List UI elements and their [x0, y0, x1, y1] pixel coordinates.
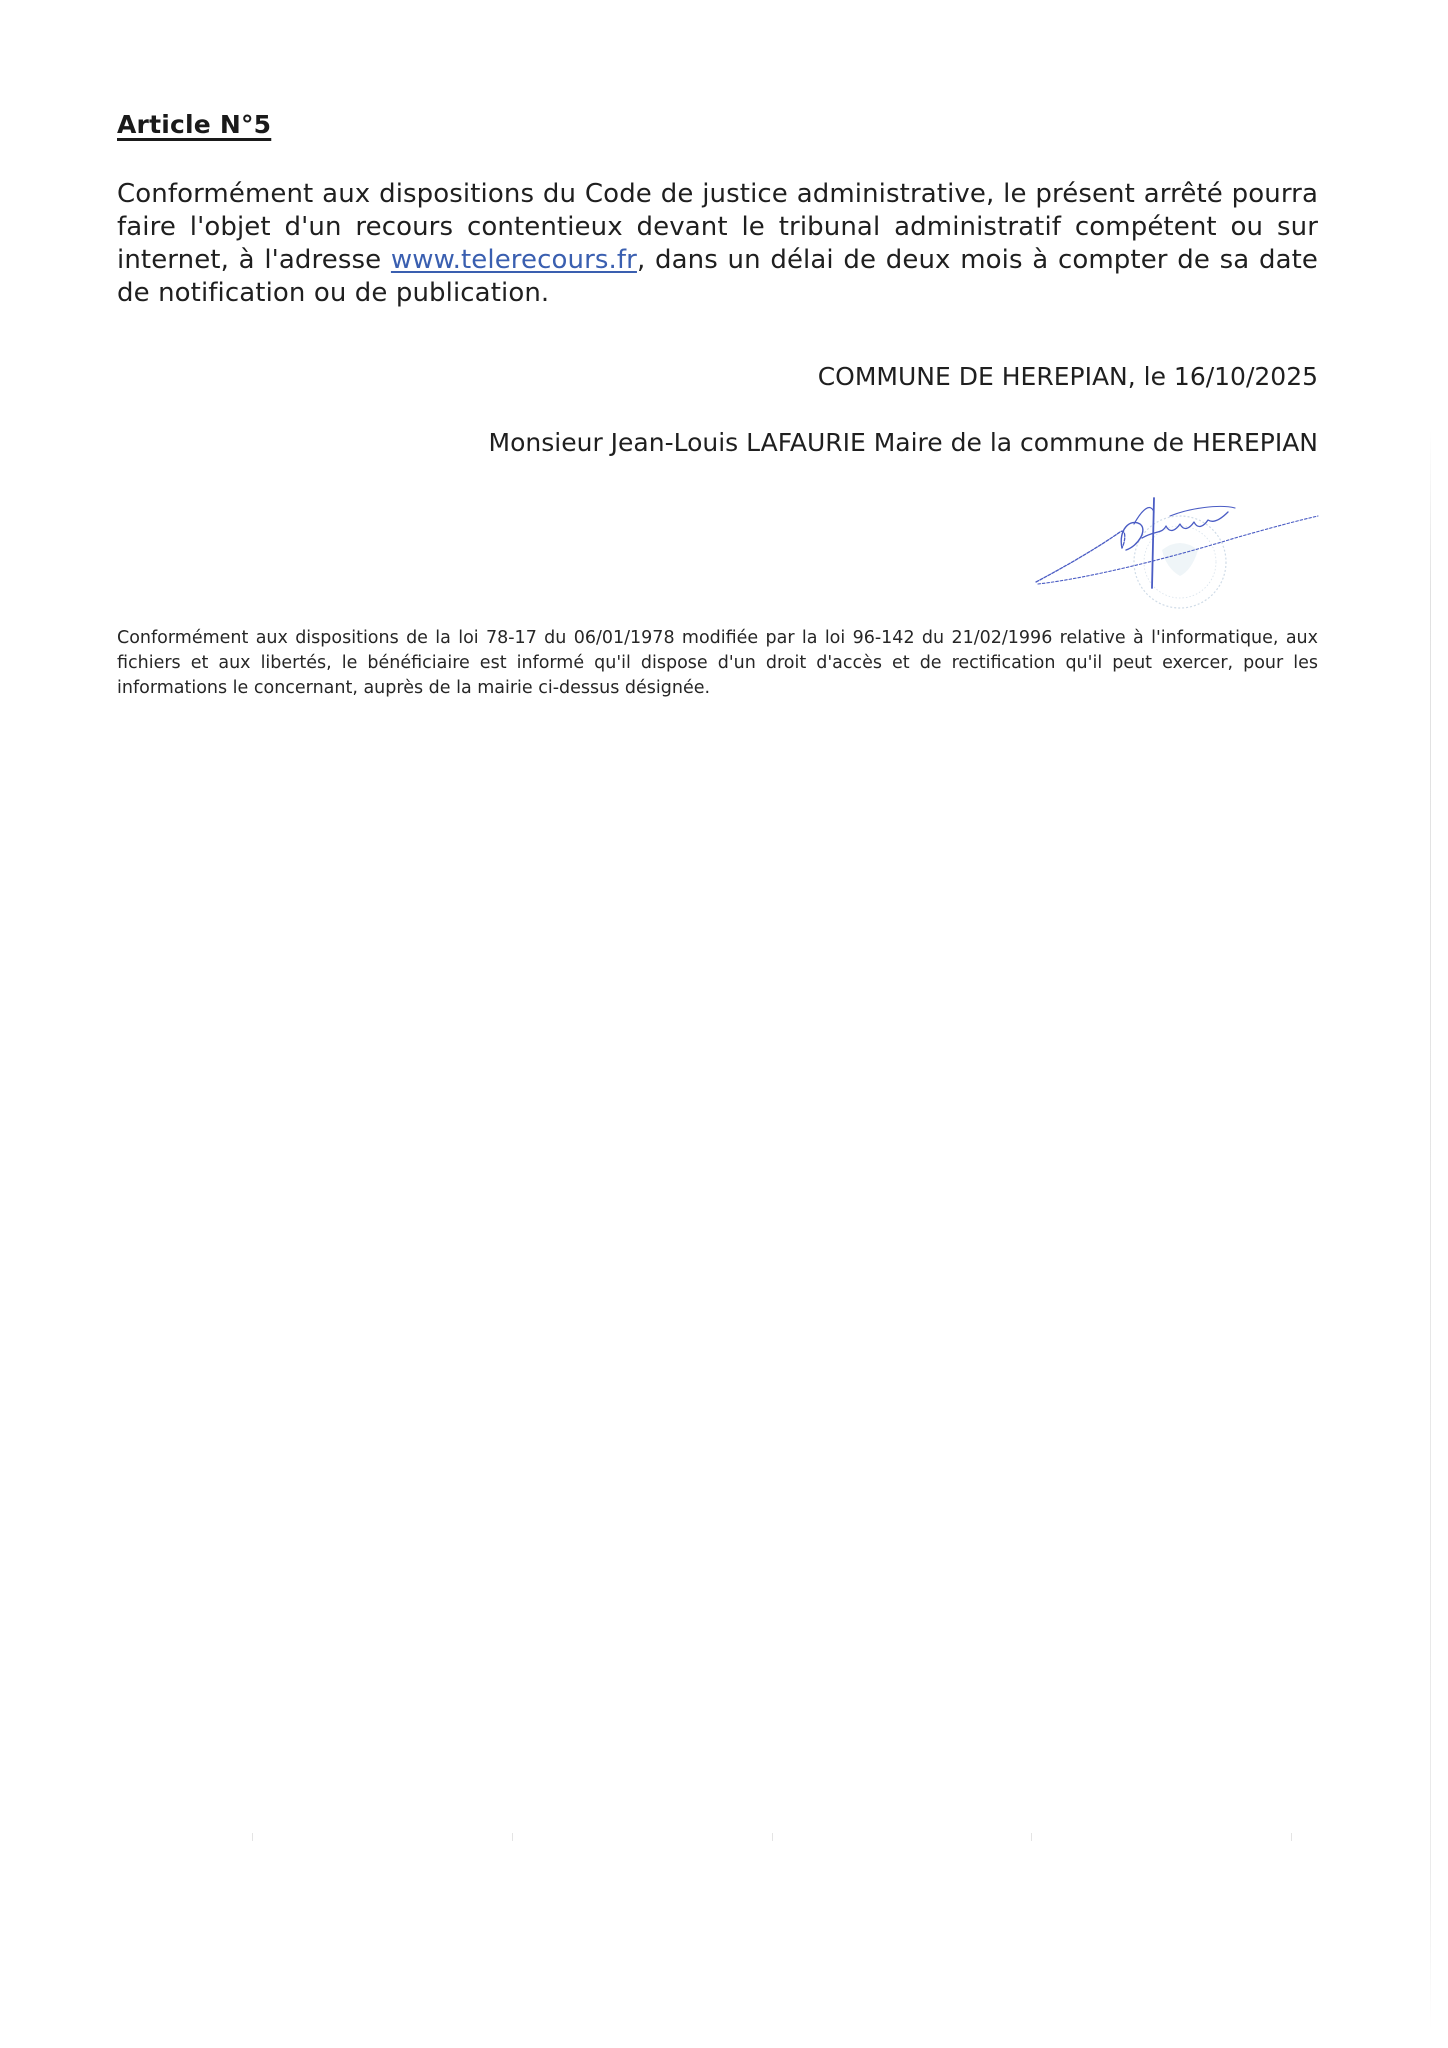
scan-mark [252, 1833, 253, 1841]
data-protection-notice: Conformément aux dispositions de la loi … [117, 626, 1318, 701]
article-body: Conformément aux dispositions du Code de… [117, 178, 1318, 310]
scan-mark [772, 1833, 773, 1841]
signature-icon [1030, 490, 1320, 615]
scan-edge-line [1430, 430, 1431, 2030]
telerecours-link[interactable]: www.telerecours.fr [391, 245, 637, 275]
scan-mark [512, 1833, 513, 1841]
signatory-name: Monsieur Jean-Louis LAFAURIE Maire de la… [489, 428, 1318, 457]
scan-mark [1291, 1833, 1292, 1841]
document-page: Article N°5 Conformément aux disposition… [0, 0, 1448, 2048]
scan-mark [1031, 1833, 1032, 1841]
place-and-date: COMMUNE DE HEREPIAN, le 16/10/2025 [818, 362, 1318, 391]
article-title: Article N°5 [117, 110, 271, 139]
